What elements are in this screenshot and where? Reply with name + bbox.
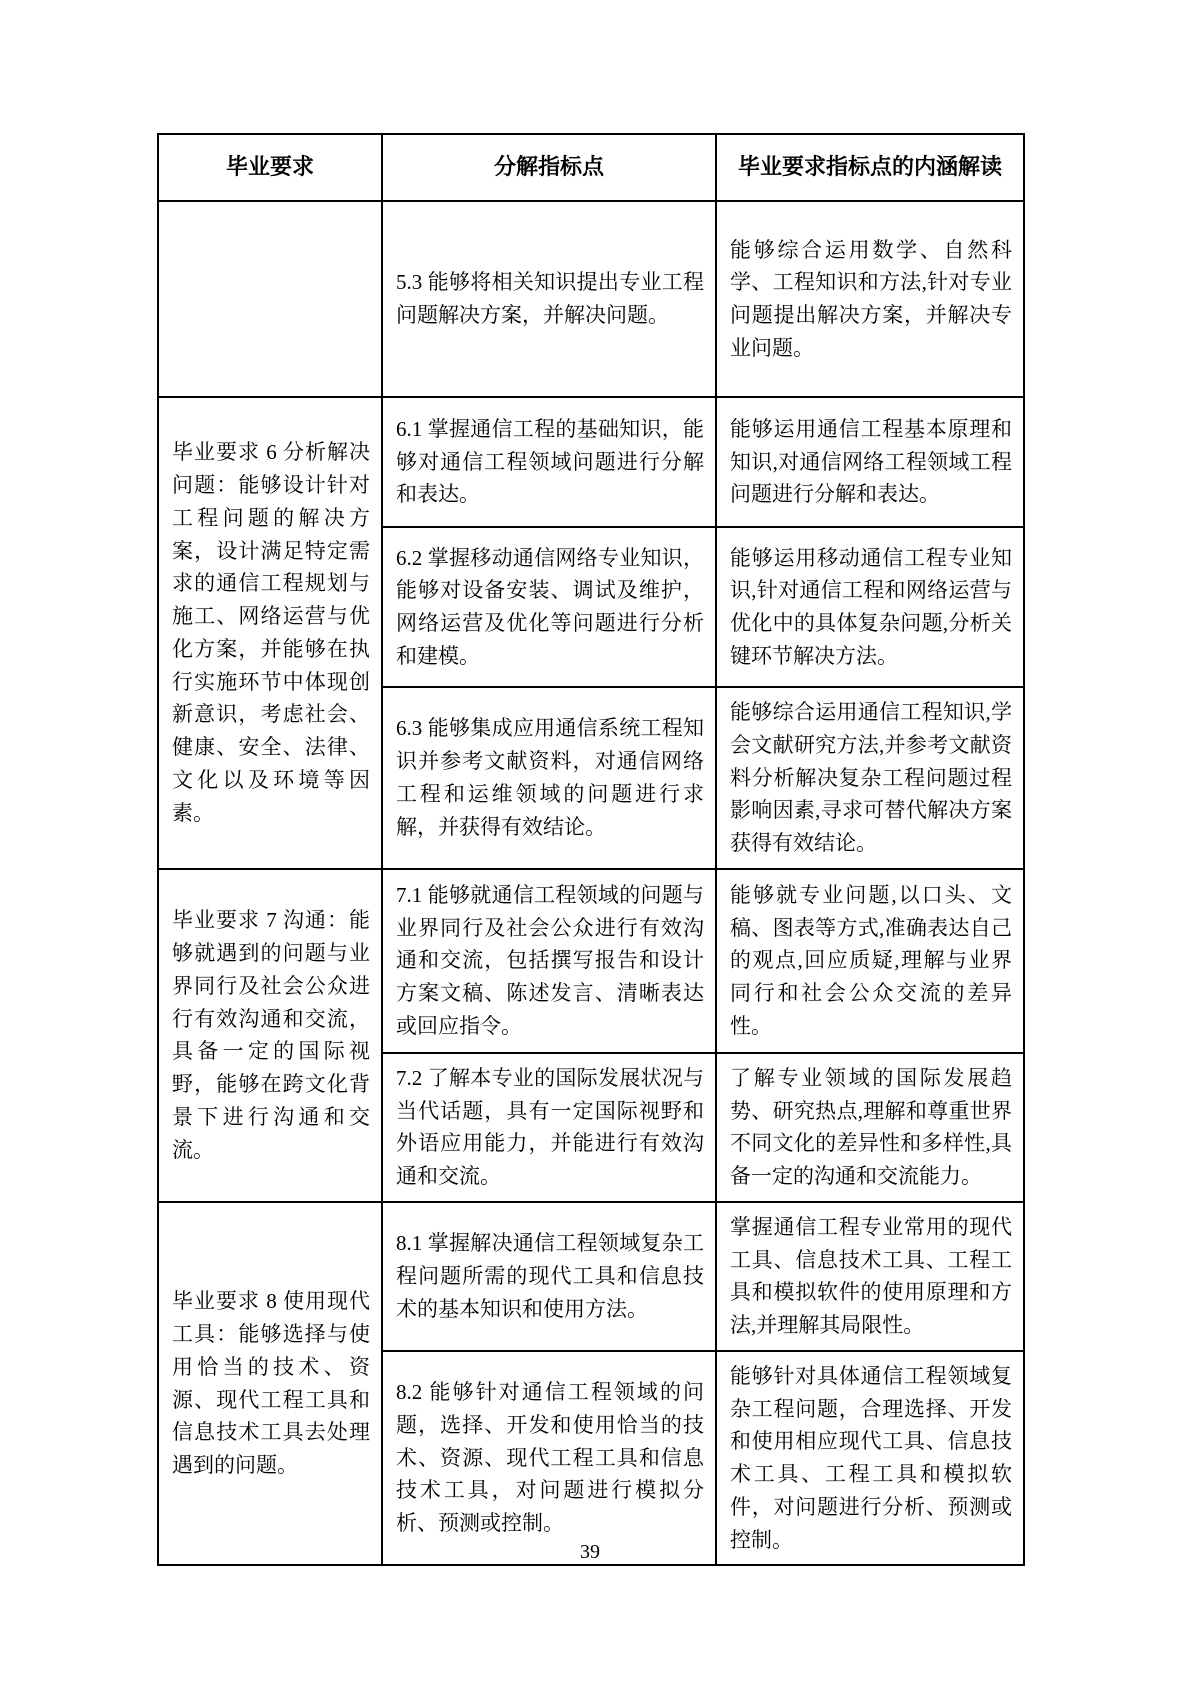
indicator-cell-6-2: 6.2 掌握移动通信网络专业知识，能够对设备安装、调试及维护，网络运营及优化等问… xyxy=(382,527,716,687)
table-row-6-1: 毕业要求 6 分析解决问题：能够设计针对工程问题的解决方案，设计满足特定需求的通… xyxy=(158,397,1024,527)
header-cell-interpretation: 毕业要求指标点的内涵解读 xyxy=(716,134,1024,201)
interpretation-cell-8-2: 能够针对具体通信工程领域复杂工程问题，合理选择、开发和使用相应现代工具、信息技术… xyxy=(716,1351,1024,1566)
indicator-cell-6-1: 6.1 掌握通信工程的基础知识，能够对通信工程领域问题进行分解和表达。 xyxy=(382,397,716,527)
table-row-5-3: 5.3 能够将相关知识提出专业工程问题解决方案，并解决问题。 能够综合运用数学、… xyxy=(158,201,1024,397)
requirement-cell-7: 毕业要求 7 沟通：能够就遇到的问题与业界同行及社会公众进行有效沟通和交流，具备… xyxy=(158,869,382,1202)
table-row-8-1: 毕业要求 8 使用现代工具：能够选择与使用恰当的技术、资源、现代工程工具和信息技… xyxy=(158,1202,1024,1351)
header-cell-indicator: 分解指标点 xyxy=(382,134,716,201)
interpretation-cell-5-3: 能够综合运用数学、自然科学、工程知识和方法,针对专业问题提出解决方案，并解决专业… xyxy=(716,201,1024,397)
interpretation-cell-7-2: 了解专业领域的国际发展趋势、研究热点,理解和尊重世界不同文化的差异性和多样性,具… xyxy=(716,1053,1024,1202)
table-header-row: 毕业要求 分解指标点 毕业要求指标点的内涵解读 xyxy=(158,134,1024,201)
interpretation-cell-8-1: 掌握通信工程专业常用的现代工具、信息技术工具、工程工具和模拟软件的使用原理和方法… xyxy=(716,1202,1024,1351)
page-number: 39 xyxy=(157,1540,1023,1564)
interpretation-cell-7-1: 能够就专业问题,以口头、文稿、图表等方式,准确表达自己的观点,回应质疑,理解与业… xyxy=(716,869,1024,1053)
indicator-cell-8-2: 8.2 能够针对通信工程领域的问题，选择、开发和使用恰当的技术、资源、现代工程工… xyxy=(382,1351,716,1566)
indicator-cell-7-2: 7.2 了解本专业的国际发展状况与当代话题，具有一定国际视野和外语应用能力，并能… xyxy=(382,1053,716,1202)
requirement-cell-5 xyxy=(158,201,382,397)
indicator-cell-7-1: 7.1 能够就通信工程领域的问题与业界同行及社会公众进行有效沟通和交流，包括撰写… xyxy=(382,869,716,1053)
indicator-cell-6-3: 6.3 能够集成应用通信系统工程知识并参考文献资料，对通信网络工程和运维领域的问… xyxy=(382,687,716,869)
indicator-cell-8-1: 8.1 掌握解决通信工程领域复杂工程问题所需的现代工具和信息技术的基本知识和使用… xyxy=(382,1202,716,1351)
requirement-cell-8: 毕业要求 8 使用现代工具：能够选择与使用恰当的技术、资源、现代工程工具和信息技… xyxy=(158,1202,382,1566)
graduation-requirements-table: 毕业要求 分解指标点 毕业要求指标点的内涵解读 5.3 能够将相关知识提出专业工… xyxy=(157,133,1025,1566)
interpretation-cell-6-3: 能够综合运用通信工程知识,学会文献研究方法,并参考文献资料分析解决复杂工程问题过… xyxy=(716,687,1024,869)
header-cell-requirement: 毕业要求 xyxy=(158,134,382,201)
interpretation-cell-6-2: 能够运用移动通信工程专业知识,针对通信工程和网络运营与优化中的具体复杂问题,分析… xyxy=(716,527,1024,687)
interpretation-cell-6-1: 能够运用通信工程基本原理和知识,对通信网络工程领域工程问题进行分解和表达。 xyxy=(716,397,1024,527)
requirement-cell-6: 毕业要求 6 分析解决问题：能够设计针对工程问题的解决方案，设计满足特定需求的通… xyxy=(158,397,382,869)
indicator-cell-5-3: 5.3 能够将相关知识提出专业工程问题解决方案，并解决问题。 xyxy=(382,201,716,397)
table-row-7-1: 毕业要求 7 沟通：能够就遇到的问题与业界同行及社会公众进行有效沟通和交流，具备… xyxy=(158,869,1024,1053)
